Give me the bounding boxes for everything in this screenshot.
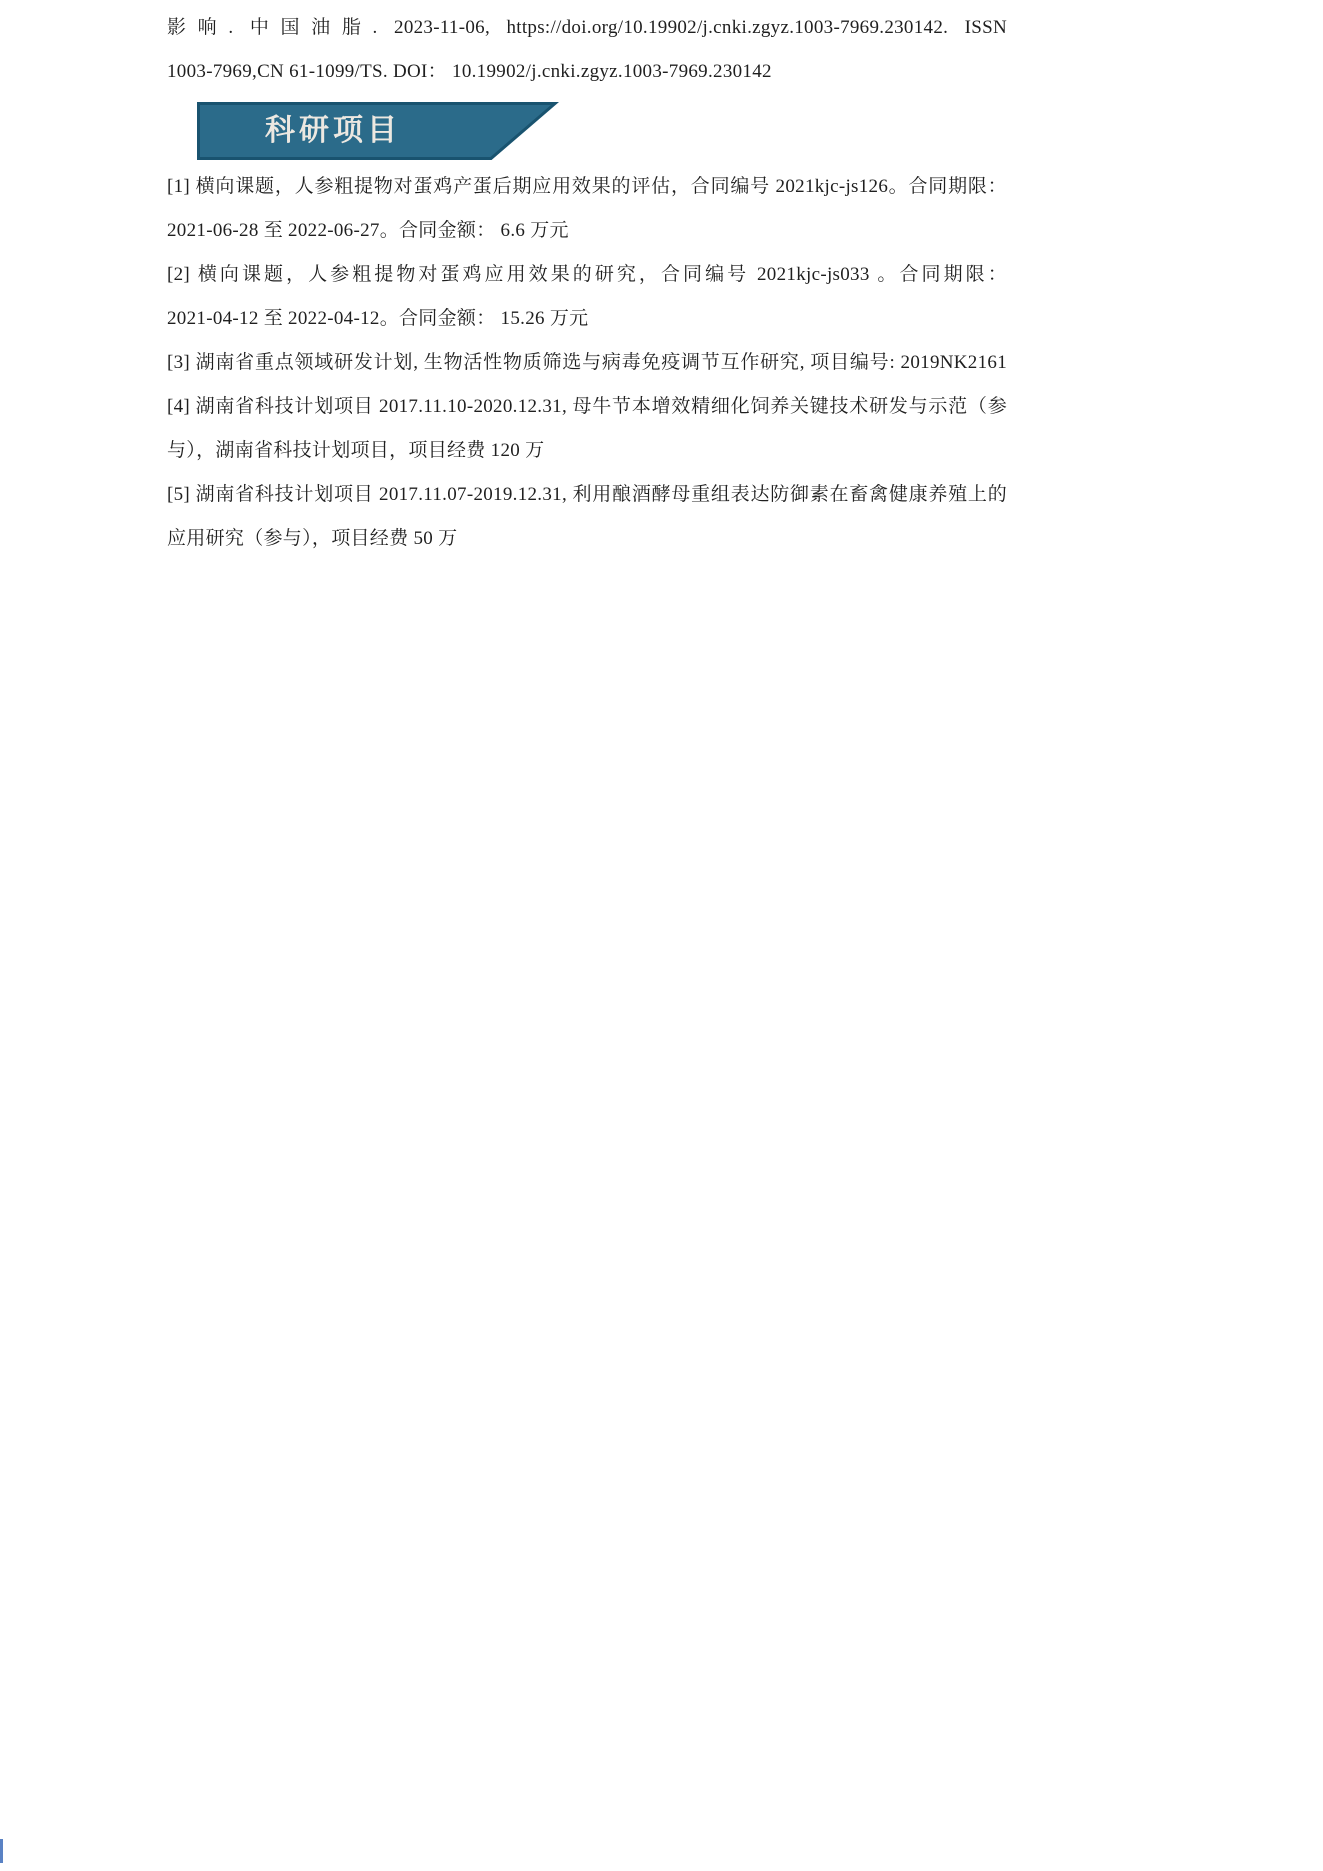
reference-line-2: 1003-7969,CN 61-1099/TS. DOI： 10.19902/j… bbox=[167, 50, 1007, 94]
project-item-3-line-1: [3] 湖南省重点领域研发计划, 生物活性物质筛选与病毒免疫调节互作研究, 项目… bbox=[167, 341, 1007, 385]
project-item-4-line-2: 与），湖南省科技计划项目，项目经费 120 万 bbox=[167, 429, 1007, 473]
project-item-1-line-2: 2021-06-28 至 2022-06-27。合同金额： 6.6 万元 bbox=[167, 209, 1007, 253]
project-item-4-line-1: [4] 湖南省科技计划项目 2017.11.10-2020.12.31, 母牛节… bbox=[167, 385, 1007, 429]
section-banner-title: 科研项目 bbox=[265, 102, 401, 160]
project-item-2-line-1: [2] 横向课题，人参粗提物对蛋鸡应用效果的研究，合同编号 2021kjc-js… bbox=[167, 253, 1007, 297]
project-item-2-line-2: 2021-04-12 至 2022-04-12。合同金额： 15.26 万元 bbox=[167, 297, 1007, 341]
reference-line-1: 影响. 中国油脂. 2023-11-06, https://doi.org/10… bbox=[167, 6, 1007, 50]
section-banner: 科研项目 bbox=[197, 102, 559, 160]
project-item-1-line-1: [1] 横向课题，人参粗提物对蛋鸡产蛋后期应用效果的评估，合同编号 2021kj… bbox=[167, 165, 1007, 209]
document-page-content: 影响. 中国油脂. 2023-11-06, https://doi.org/10… bbox=[167, 6, 1007, 561]
page-edge-artifact bbox=[0, 1839, 3, 1863]
project-item-5-line-1: [5] 湖南省科技计划项目 2017.11.07-2019.12.31, 利用酿… bbox=[167, 473, 1007, 517]
research-projects-list: [1] 横向课题，人参粗提物对蛋鸡产蛋后期应用效果的评估，合同编号 2021kj… bbox=[167, 165, 1007, 561]
project-item-5-line-2: 应用研究（参与），项目经费 50 万 bbox=[167, 517, 1007, 561]
